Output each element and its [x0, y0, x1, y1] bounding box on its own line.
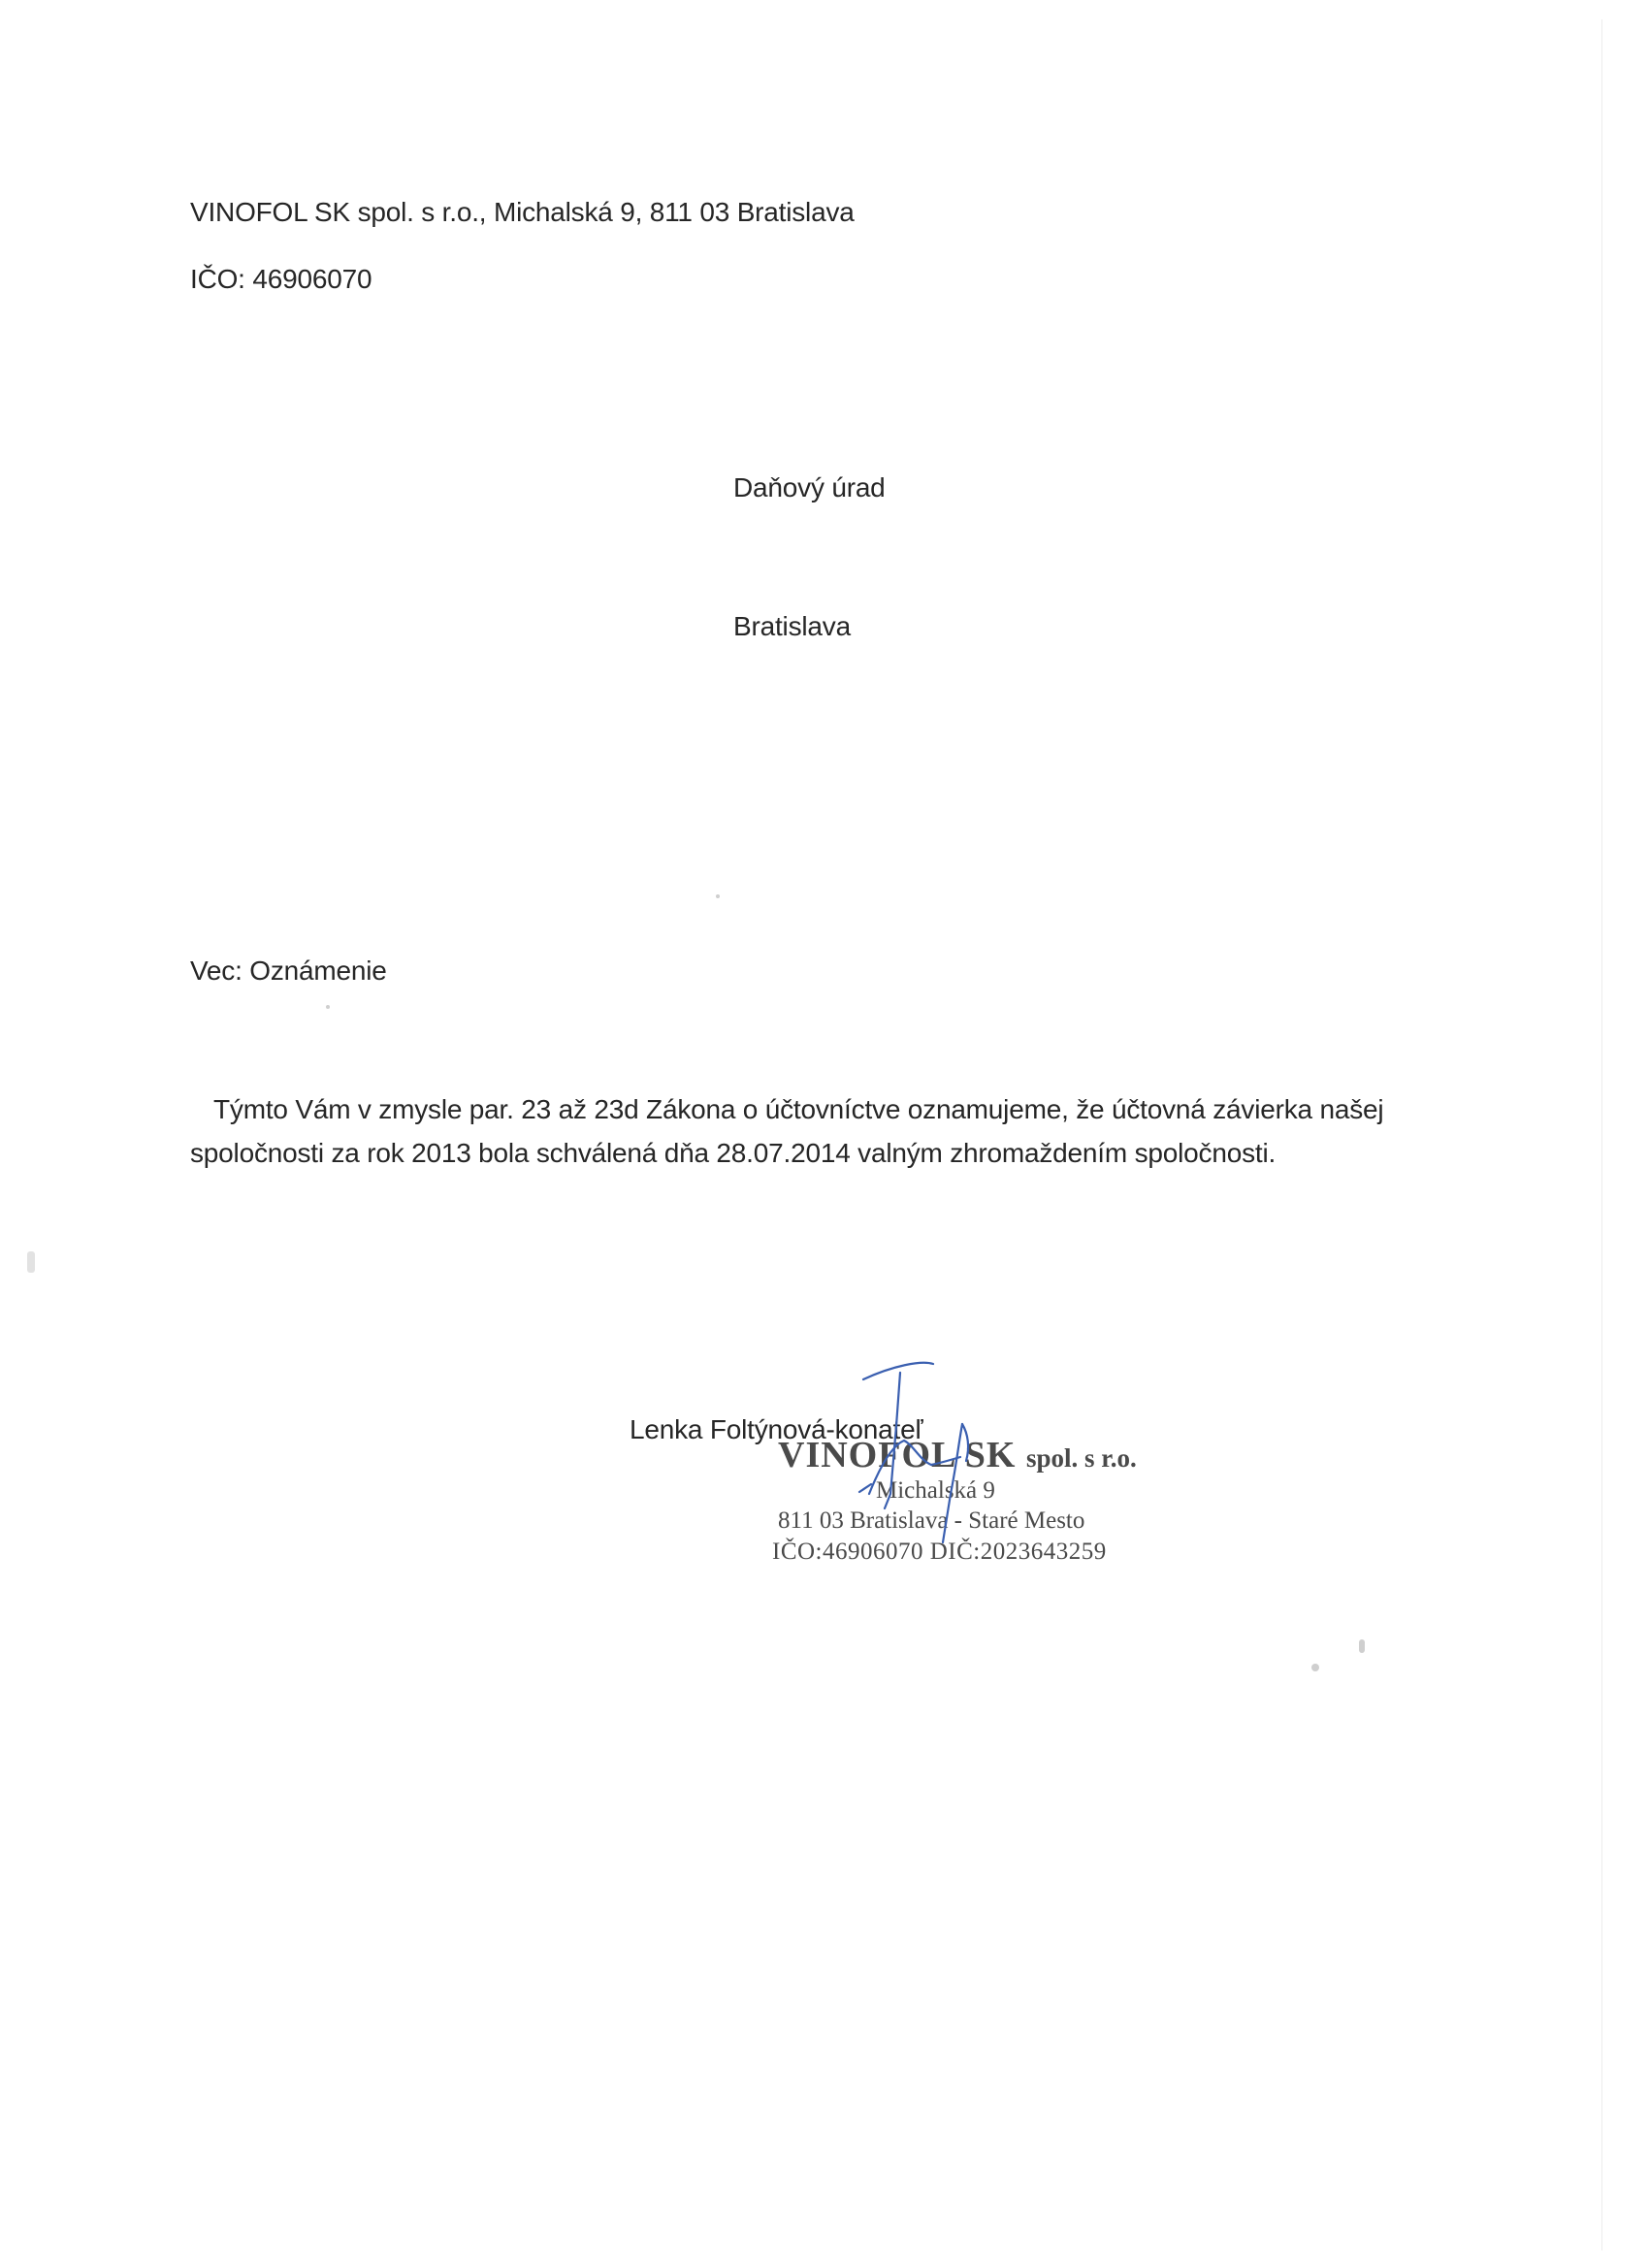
recipient-office: Daňový úrad	[733, 472, 886, 503]
body-line-2: spoločnosti za rok 2013 bola schválená d…	[190, 1138, 1276, 1169]
sender-address: VINOFOL SK spol. s r.o., Michalská 9, 81…	[190, 197, 855, 228]
scan-speck	[1311, 1664, 1319, 1671]
letter-subject: Vec: Oznámenie	[190, 956, 387, 987]
stamp-company-main: VINOFOL SK	[778, 1435, 1016, 1475]
stamp-street: Michalská 9	[876, 1477, 995, 1505]
sender-ico: IČO: 46906070	[190, 264, 372, 295]
scan-speck	[716, 894, 720, 898]
scan-speck	[1359, 1639, 1365, 1653]
scan-speck	[326, 1005, 330, 1009]
scan-speck	[27, 1251, 35, 1273]
body-line-1: Týmto Vám v zmysle par. 23 až 23d Zákona…	[213, 1094, 1383, 1125]
stamp-company-name: VINOFOL SK spol. s r.o.	[778, 1434, 1137, 1476]
recipient-city: Bratislava	[733, 611, 851, 642]
scan-edge-line	[1601, 19, 1602, 2251]
stamp-company-suffix: spol. s r.o.	[1026, 1443, 1137, 1473]
stamp-ids: IČO:46906070 DIČ:2023643259	[772, 1539, 1107, 1566]
stamp-city: 811 03 Bratislava - Staré Mesto	[778, 1507, 1084, 1535]
scanned-letter-page: VINOFOL SK spol. s r.o., Michalská 9, 81…	[0, 0, 1649, 2268]
